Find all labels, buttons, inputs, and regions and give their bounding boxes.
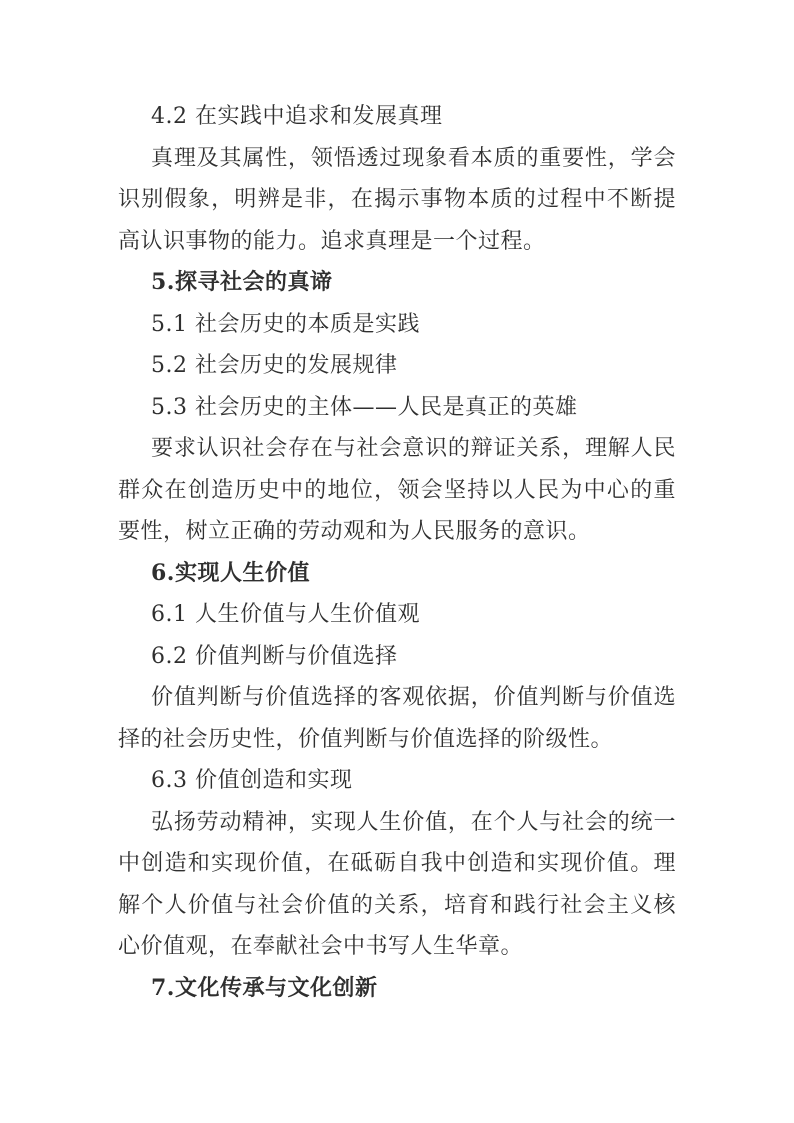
paragraph: 要求认识社会存在与社会意识的辩证关系，理解人民群众在创造历史中的地位，领会坚持以…	[118, 428, 676, 553]
sub-heading: 4.2 在实践中追求和发展真理	[118, 96, 676, 138]
section-heading: 6.实现人生价值	[118, 553, 676, 595]
sub-heading: 6.1 人生价值与人生价值观	[118, 594, 676, 636]
paragraph: 价值判断与价值选择的客观依据，价值判断与价值选择的社会历史性，价值判断与价值选择…	[118, 677, 676, 760]
document-page: 4.2 在实践中追求和发展真理真理及其属性，领悟透过现象看本质的重要性，学会识别…	[0, 0, 794, 1123]
paragraph: 真理及其属性，领悟透过现象看本质的重要性，学会识别假象，明辨是非，在揭示事物本质…	[118, 138, 676, 263]
section-heading: 7.文化传承与文化创新	[118, 968, 676, 1010]
sub-heading: 5.1 社会历史的本质是实践	[118, 304, 676, 346]
section-heading: 5.探寻社会的真谛	[118, 262, 676, 304]
paragraph: 弘扬劳动精神，实现人生价值，在个人与社会的统一中创造和实现价值，在砥砺自我中创造…	[118, 802, 676, 968]
sub-heading: 6.2 价值判断与价值选择	[118, 636, 676, 678]
document-body: 4.2 在实践中追求和发展真理真理及其属性，领悟透过现象看本质的重要性，学会识别…	[118, 96, 676, 1009]
sub-heading: 5.2 社会历史的发展规律	[118, 345, 676, 387]
sub-heading: 5.3 社会历史的主体——人民是真正的英雄	[118, 387, 676, 429]
sub-heading: 6.3 价值创造和实现	[118, 760, 676, 802]
